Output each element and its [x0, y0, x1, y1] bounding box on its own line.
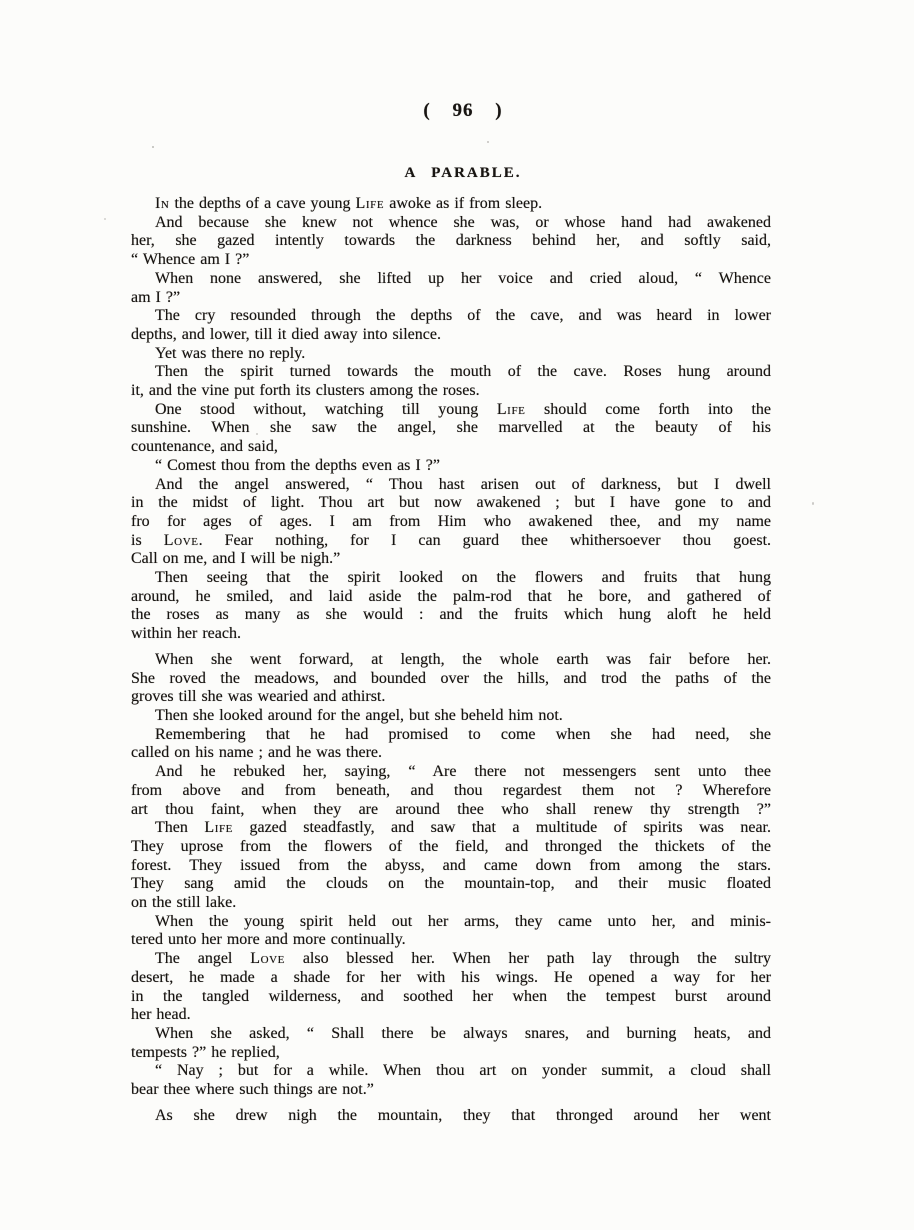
page-number: ( 96 ) — [143, 100, 783, 122]
paragraph: Yet was there no reply. — [131, 345, 771, 364]
text-line: When none answered, she lifted up her vo… — [131, 270, 771, 289]
text-line: it, and the vine put forth its clusters … — [131, 382, 771, 401]
paragraph: When she went forward, at length, the wh… — [131, 651, 771, 707]
text-line: her, she gazed intently towards the dark… — [131, 232, 771, 251]
text-line: “ Whence am I ?” — [131, 251, 771, 270]
text-line: One stood without, watching till young L… — [131, 401, 771, 420]
text-line: desert, he made a shade for her with his… — [131, 969, 771, 988]
text-line: depths, and lower, till it died away int… — [131, 326, 771, 345]
text-line: They uprose from the flowers of the fiel… — [131, 838, 771, 857]
text-line: When she went forward, at length, the wh… — [131, 651, 771, 670]
paragraph: Then seeing that the spirit looked on th… — [131, 569, 771, 644]
text-line: Call on me, and I will be nigh.” — [131, 550, 771, 569]
text-line: Then she looked around for the angel, bu… — [131, 707, 771, 726]
paragraph: When she asked, “ Shall there be always … — [131, 1025, 771, 1062]
text-line: In the depths of a cave young Life awoke… — [131, 195, 771, 214]
paragraph: And he rebuked her, saying, “ Are there … — [131, 763, 771, 819]
text-line: Then seeing that the spirit looked on th… — [131, 569, 771, 588]
text-line: her head. — [131, 1006, 771, 1025]
scan-speck — [256, 433, 258, 435]
paragraph: Then the spirit turned towards the mouth… — [131, 363, 771, 400]
page-body: In the depths of a cave young Life awoke… — [131, 195, 771, 1125]
paragraph: One stood without, watching till young L… — [131, 401, 771, 457]
small-caps-word: Love — [250, 950, 285, 967]
text-line: fro for ages of ages. I am from Him who … — [131, 513, 771, 532]
paragraph: In the depths of a cave young Life awoke… — [131, 195, 771, 214]
text-line: am I ?” — [131, 289, 771, 308]
text-line: She roved the meadows, and bounded over … — [131, 670, 771, 689]
text-line: within her reach. — [131, 625, 771, 644]
paragraph: And the angel answered, “ Thou hast aris… — [131, 476, 771, 570]
small-caps-word: Life — [204, 819, 233, 836]
text-line: The cry resounded through the depths of … — [131, 307, 771, 326]
text-line: groves till she was wearied and athirst. — [131, 688, 771, 707]
text-line: Yet was there no reply. — [131, 345, 771, 364]
text-line: Then Life gazed steadfastly, and saw tha… — [131, 819, 771, 838]
text-line: The angel Love also blessed her. When he… — [131, 950, 771, 969]
text-line: “ Comest thou from the depths even as I … — [131, 457, 771, 476]
text-line: from above and from beneath, and thou re… — [131, 782, 771, 801]
text-line: When the young spirit held out her arms,… — [131, 913, 771, 932]
text-line: They sang amid the clouds on the mountai… — [131, 875, 771, 894]
paragraph: Then she looked around for the angel, bu… — [131, 707, 771, 726]
text-line: “ Nay ; but for a while. When thou art o… — [131, 1062, 771, 1081]
text-line: And he rebuked her, saying, “ Are there … — [131, 763, 771, 782]
paragraph: “ Comest thou from the depths even as I … — [131, 457, 771, 476]
small-caps-word: Life — [356, 195, 385, 212]
text-line: art thou faint, when they are around the… — [131, 801, 771, 820]
paragraph: As she drew nigh the mountain, they that… — [131, 1107, 771, 1126]
scan-speck — [487, 141, 489, 143]
small-caps-word: In — [155, 195, 169, 212]
text-line: tered unto her more and more continually… — [131, 931, 771, 950]
text-line: Remembering that he had promised to come… — [131, 726, 771, 745]
text-line: forest. They issued from the abyss, and … — [131, 857, 771, 876]
paragraph: The cry resounded through the depths of … — [131, 307, 771, 344]
text-line: around, he smiled, and laid aside the pa… — [131, 588, 771, 607]
paragraph: When the young spirit held out her arms,… — [131, 913, 771, 950]
text-line: When she asked, “ Shall there be always … — [131, 1025, 771, 1044]
text-line: called on his name ; and he was there. — [131, 744, 771, 763]
text-line: in the tangled wilderness, and soothed h… — [131, 988, 771, 1007]
page-title: A PARABLE. — [143, 166, 783, 181]
text-line: on the still lake. — [131, 894, 771, 913]
scan-speck — [104, 218, 106, 220]
paragraph: When none answered, she lifted up her vo… — [131, 270, 771, 307]
book-page: ( 96 ) A PARABLE. In the depths of a cav… — [0, 0, 914, 1230]
small-caps-word: Life — [497, 401, 526, 418]
scan-speck — [812, 502, 814, 505]
text-line: countenance, and said, — [131, 438, 771, 457]
text-line: bear thee where such things are not.” — [131, 1081, 771, 1100]
text-line: tempests ?” he replied, — [131, 1044, 771, 1063]
paragraph: “ Nay ; but for a while. When thou art o… — [131, 1062, 771, 1099]
paragraph: Then Life gazed steadfastly, and saw tha… — [131, 819, 771, 913]
text-line: As she drew nigh the mountain, they that… — [131, 1107, 771, 1126]
text-line: in the midst of light. Thou art but now … — [131, 494, 771, 513]
text-line: And because she knew not whence she was,… — [131, 214, 771, 233]
paragraph: The angel Love also blessed her. When he… — [131, 950, 771, 1025]
small-caps-word: Love — [164, 532, 199, 549]
text-line: sunshine. When she saw the angel, she ma… — [131, 419, 771, 438]
text-line: And the angel answered, “ Thou hast aris… — [131, 476, 771, 495]
paragraph: Remembering that he had promised to come… — [131, 726, 771, 763]
text-line: Then the spirit turned towards the mouth… — [131, 363, 771, 382]
text-line: the roses as many as she would : and the… — [131, 606, 771, 625]
scan-speck — [152, 146, 154, 148]
paragraph: And because she knew not whence she was,… — [131, 214, 771, 270]
text-line: is Love. Fear nothing, for I can guard t… — [131, 532, 771, 551]
